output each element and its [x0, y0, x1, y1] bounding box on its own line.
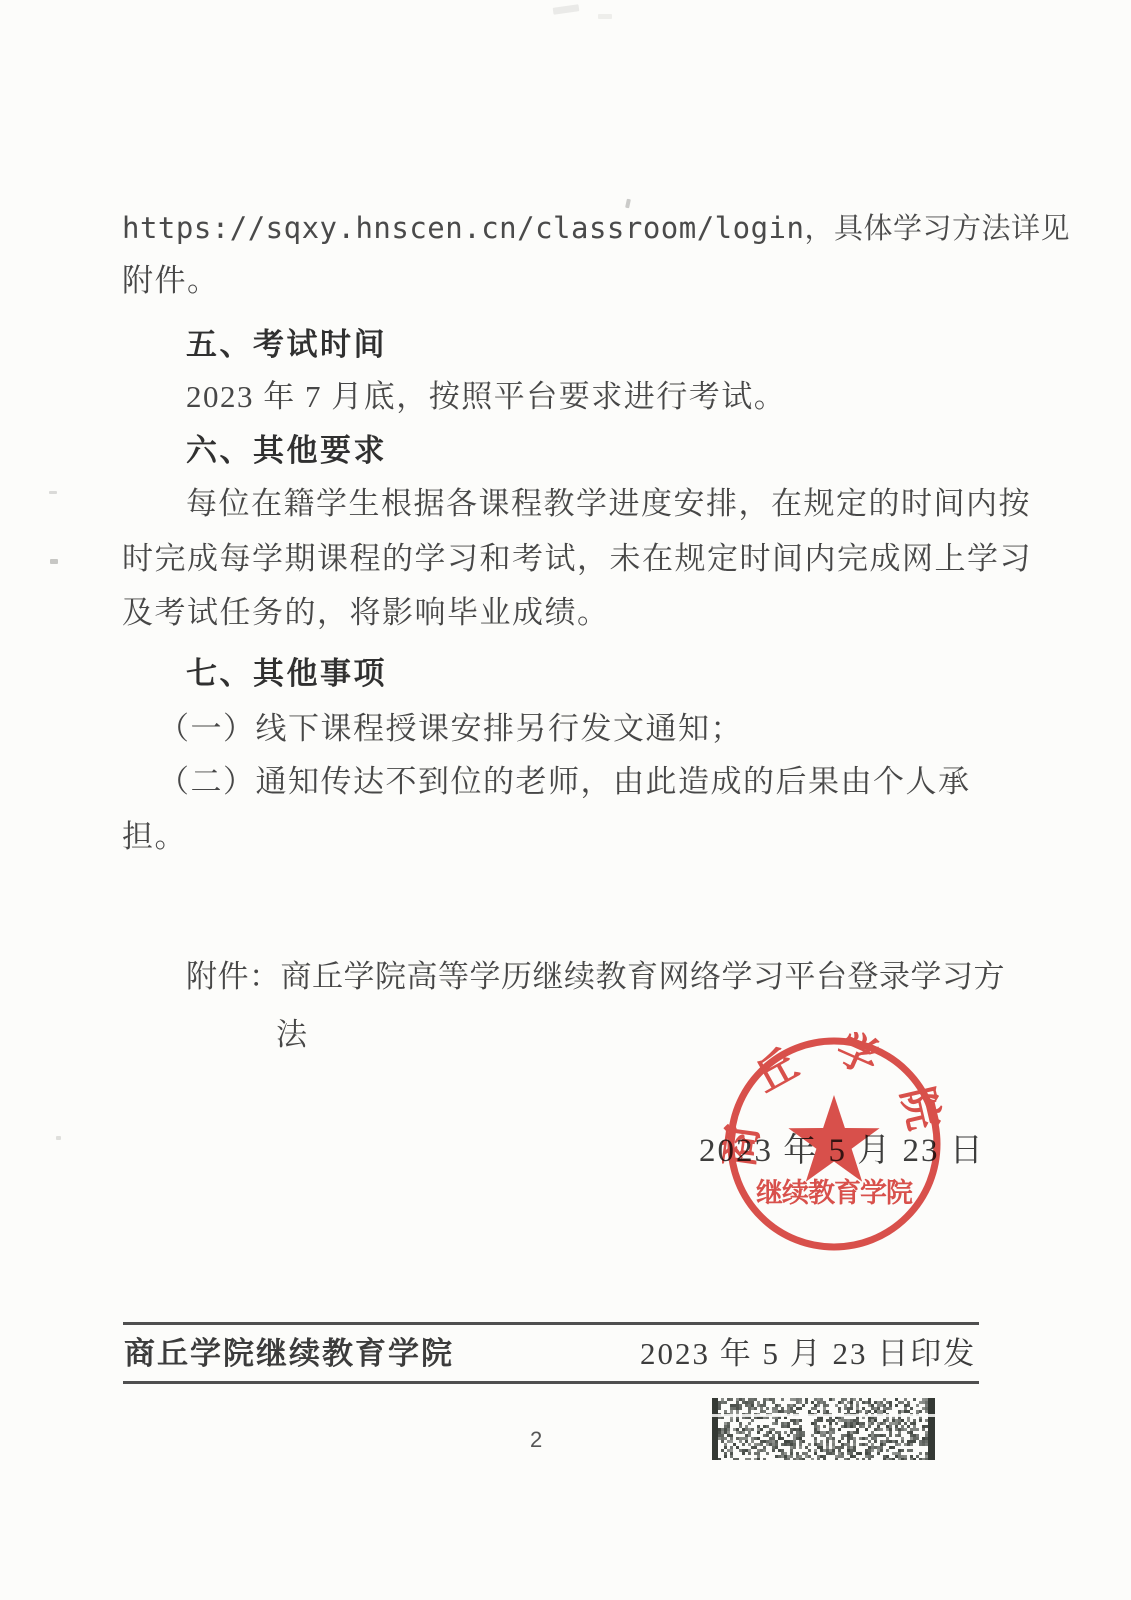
barcode — [712, 1398, 935, 1460]
scan-speck — [50, 559, 58, 564]
attachment-line-1: 附件：商丘学院高等学历继续教育网络学习平台登录学习方 — [186, 959, 1005, 995]
seal-bottom-text: 继续教育学院 — [756, 1177, 913, 1208]
section7-item-1: （一）线下课程授课安排另行发文通知； — [158, 711, 743, 747]
footer-rule-top — [123, 1322, 979, 1325]
section6-line-2: 时完成每学期课程的学习和考试，未在规定时间内完成网上学习 — [122, 541, 1032, 577]
scan-speck — [598, 14, 612, 19]
intro-line-2: 附件。 — [122, 263, 220, 299]
section5-heading: 五、考试时间 — [186, 327, 387, 363]
intro-line-1: https://sqxy.hnscen.cn/classroom/login，具… — [122, 210, 1070, 246]
section6-line-1: 每位在籍学生根据各课程教学进度安排，在规定的时间内按 — [186, 486, 1031, 522]
section7-item-2-line-1: （二）通知传达不到位的老师，由此造成的后果由个人承 — [158, 764, 971, 800]
scan-speck — [625, 199, 631, 209]
scan-speck — [56, 1136, 61, 1140]
footer-rule-bottom — [123, 1381, 979, 1384]
section5-body: 2023 年 7 月底，按照平台要求进行考试。 — [186, 379, 786, 415]
footer-issuer: 商丘学院继续教育学院 — [124, 1336, 454, 1372]
scanned-document-page: https://sqxy.hnscen.cn/classroom/login，具… — [0, 0, 1131, 1600]
section6-line-3: 及考试任务的，将影响毕业成绩。 — [122, 595, 610, 631]
page-number: 2 — [530, 1422, 542, 1458]
section7-heading: 七、其他事项 — [186, 656, 387, 692]
section6-heading: 六、其他要求 — [186, 433, 387, 469]
document-date: 2023 年 5 月 23 日 — [699, 1133, 985, 1169]
scan-speck — [553, 4, 580, 15]
attachment-line-2: 法 — [276, 1017, 308, 1053]
scan-speck — [49, 491, 57, 494]
footer-print-date: 2023 年 5 月 23 日印发 — [640, 1336, 976, 1372]
section7-item-2-line-2: 担。 — [122, 819, 187, 855]
